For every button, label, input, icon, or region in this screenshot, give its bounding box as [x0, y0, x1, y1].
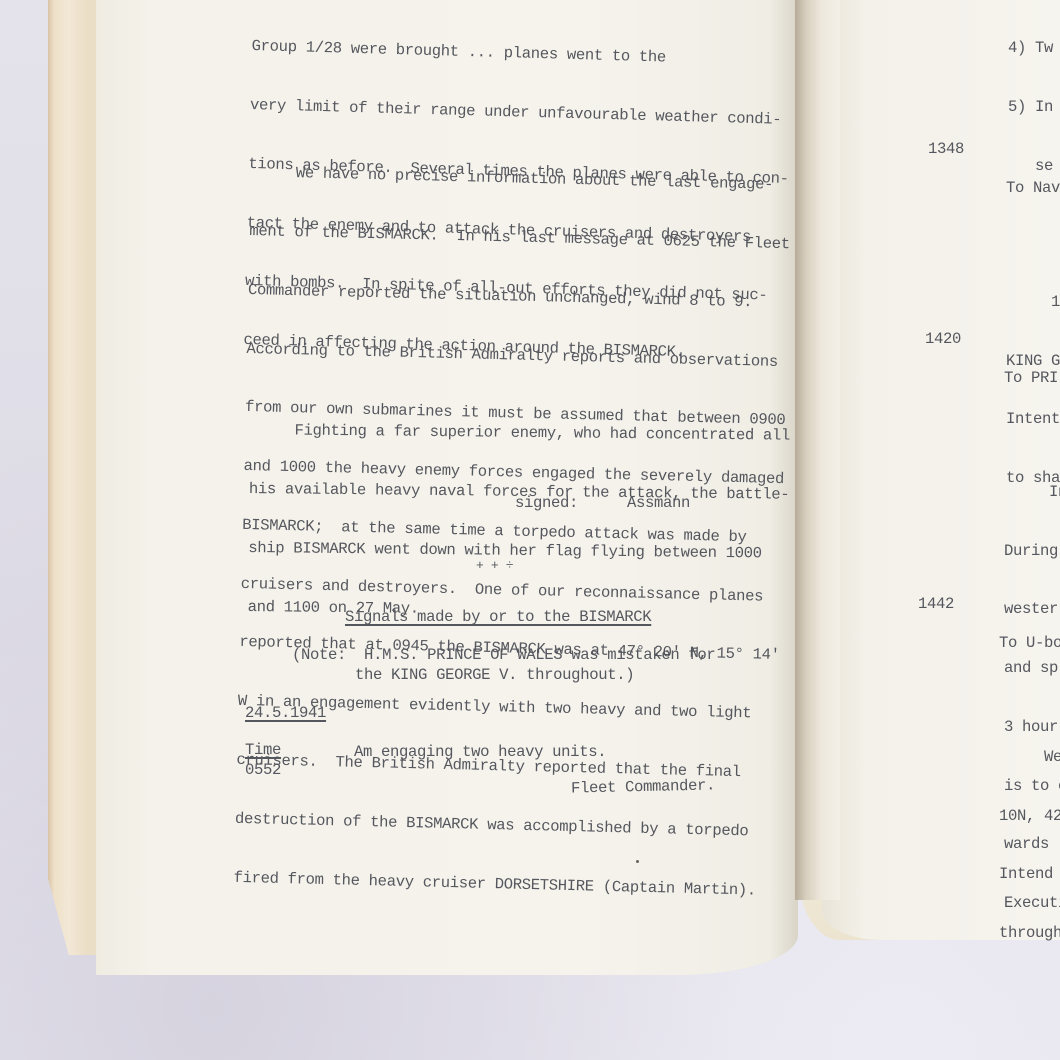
- text-line: In: [1004, 483, 1060, 503]
- text-line: Commander reported the situation unchang…: [248, 281, 789, 314]
- note-line-1: (Note: H.M.S. PRINCE OF WALES was mistak…: [292, 646, 715, 666]
- left-page-block-edges: [48, 0, 100, 955]
- entry-time-1442: 1442: [918, 595, 954, 615]
- list-item: 4) Tw: [1008, 39, 1053, 59]
- text-line: We have no precise information about the…: [251, 163, 792, 196]
- time-label: Time: [245, 741, 281, 761]
- signature-name: Assmann: [627, 494, 690, 514]
- text-line: destruction of the BISMARCK was accompli…: [235, 810, 776, 843]
- note-line-2: the KING GEORGE V. throughout.): [355, 666, 634, 686]
- text-line: During: [1004, 542, 1060, 562]
- text-line: [1006, 238, 1060, 258]
- text-line: [1004, 428, 1060, 448]
- list-item: 5) In: [1008, 98, 1053, 118]
- entry-1442: To U-bo We 10N, 42 Intend through: [999, 595, 1060, 963]
- list-number: 5): [1008, 98, 1026, 116]
- section-title: Signals made by or to the BISMARCK: [345, 608, 651, 628]
- text-line: [999, 693, 1060, 713]
- signal-sender: Fleet Commander.: [571, 776, 716, 799]
- list-text: Tw: [1035, 39, 1053, 57]
- text-line: Intend: [999, 865, 1060, 885]
- signature-label: signed:: [515, 494, 578, 514]
- book-gutter: [795, 0, 840, 900]
- text-line: According to the British Admiralty repor…: [246, 339, 787, 372]
- text-line: To U-bo: [999, 634, 1060, 654]
- signal-text: Am engaging two heavy units.: [354, 743, 606, 763]
- text-line: Fighting a far superior enemy, who had c…: [249, 421, 790, 446]
- text-line: We: [999, 748, 1060, 768]
- text-line: 10N, 42: [999, 807, 1060, 827]
- separator: + + ÷: [476, 556, 513, 576]
- ink-speck: [636, 860, 639, 863]
- text-line: To Nav: [1006, 179, 1060, 199]
- text-line: ment of the BISMARCK. In his last messag…: [249, 222, 790, 255]
- entry-time-1420: 1420: [925, 330, 961, 350]
- signal-date: 24.5.1941: [245, 704, 326, 724]
- text-line: Group 1/28 were brought ... planes went …: [251, 37, 792, 72]
- text-line: through: [999, 924, 1060, 944]
- text-line: To PRI: [1004, 369, 1060, 389]
- time-value: 0552: [245, 761, 281, 781]
- text-line: ship BISMARCK went down with her flag fl…: [248, 539, 789, 564]
- text-line: fired from the heavy cruiser DORSETSHIRE…: [233, 868, 774, 901]
- list-number: 4): [1008, 39, 1026, 57]
- list-text: In: [1035, 98, 1053, 116]
- text-line: 1: [1006, 293, 1060, 313]
- entry-time-1348: 1348: [928, 140, 964, 160]
